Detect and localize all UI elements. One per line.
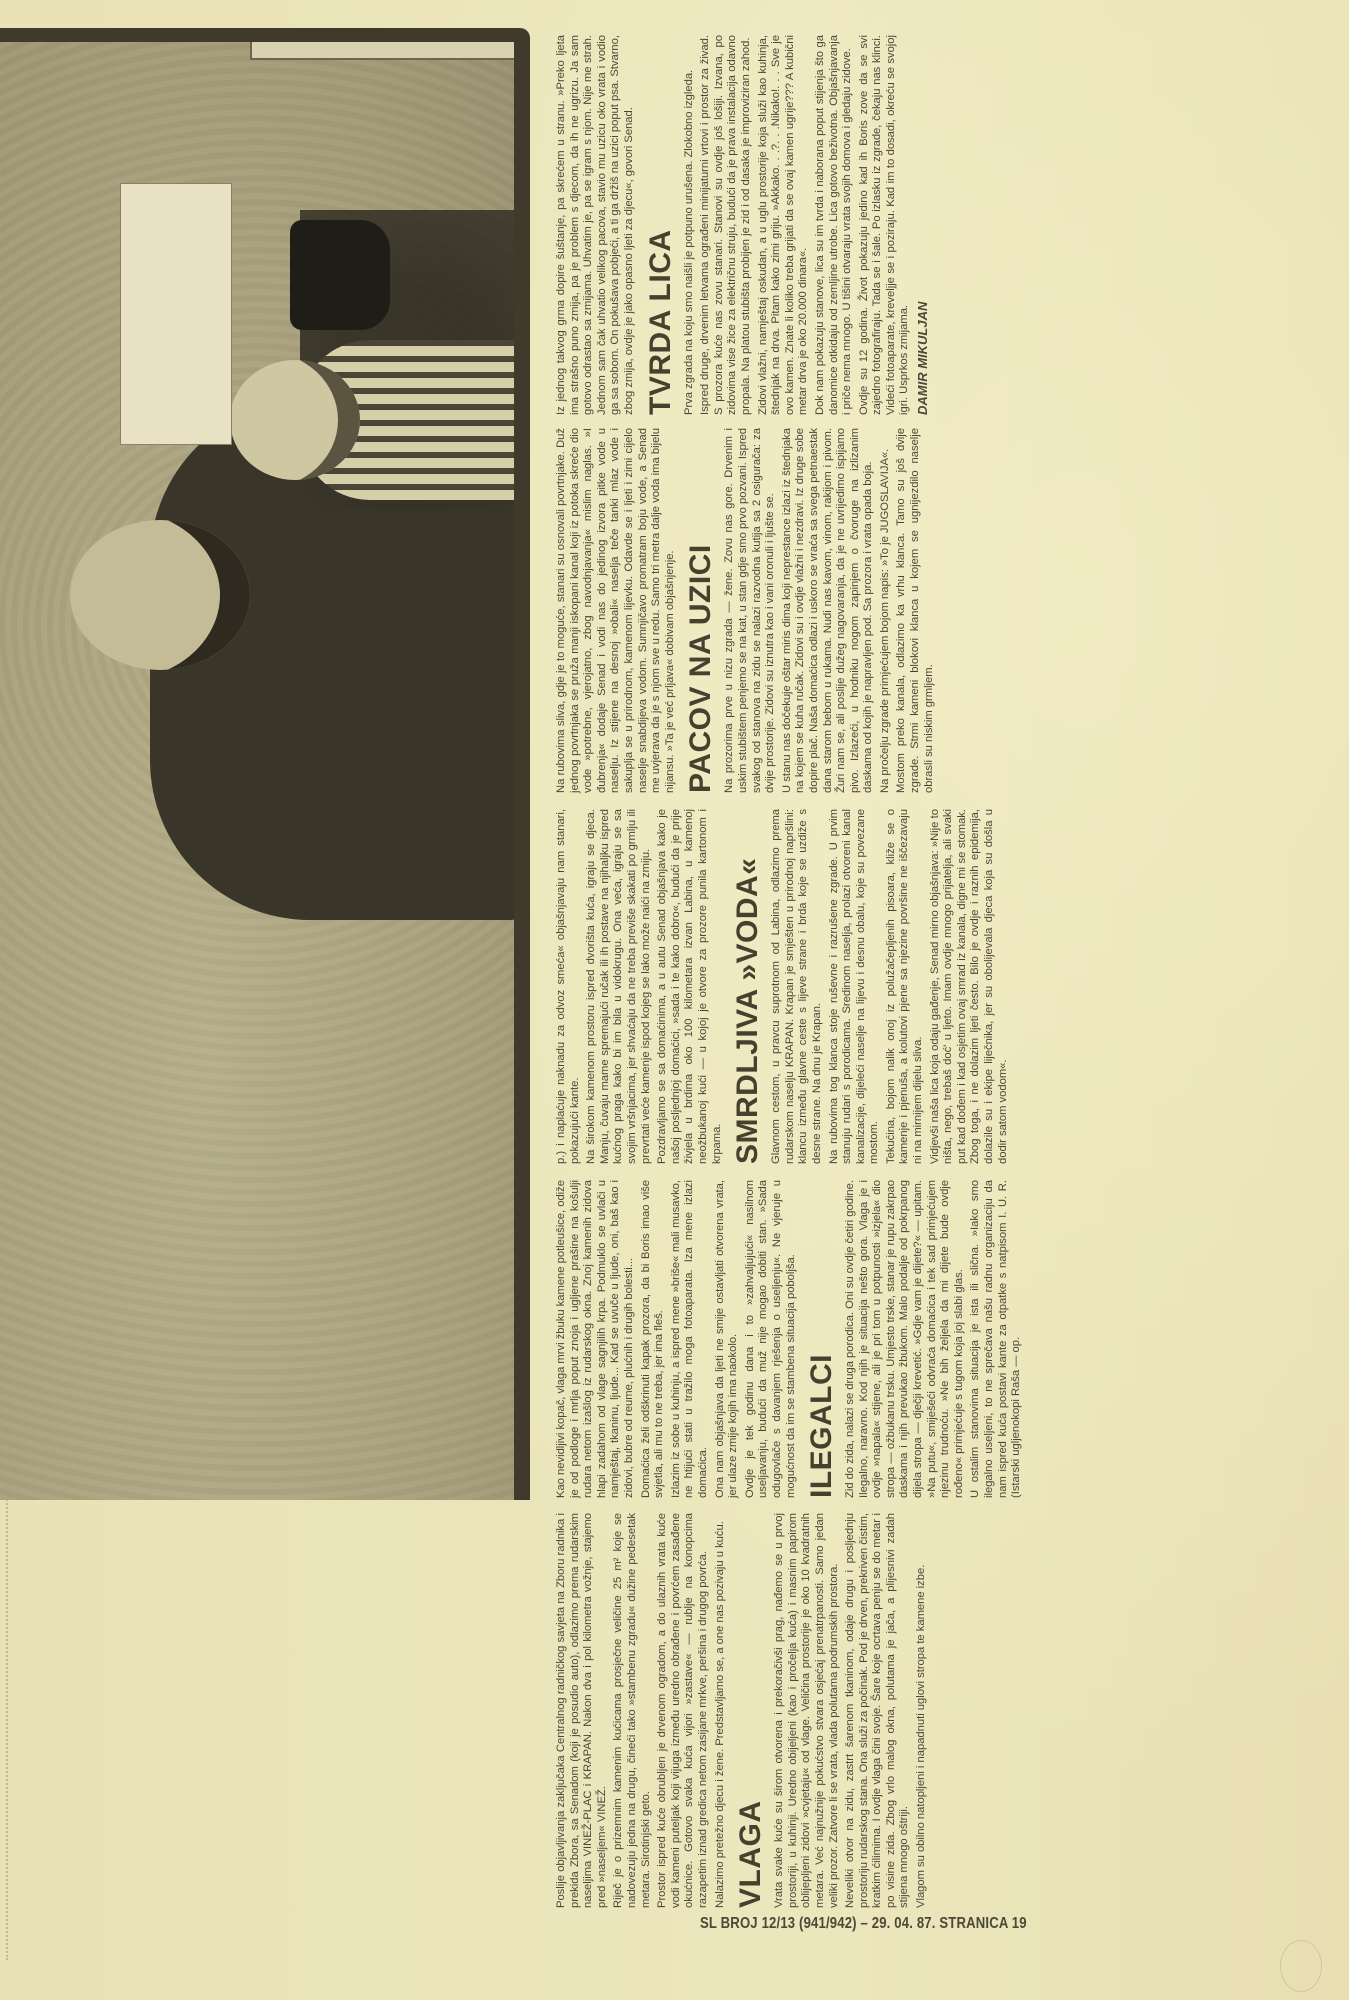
article-paragraph: Ispred druge, drvenim letvama ograđeni m… xyxy=(699,35,753,415)
photo-cooking-pot xyxy=(290,220,390,330)
article-paragraph: Kao nevidljivi kopač, vlaga mrvi žbuku k… xyxy=(555,1180,637,1498)
article-paragraph: Na prozorima prve u nizu zgrada — žene. … xyxy=(723,428,777,793)
article-paragraph: U stanu nas dočekuje oštar miris dima ko… xyxy=(781,428,876,793)
article-paragraph: Na rubovima sliva, gdje je to moguće, st… xyxy=(555,428,677,793)
article-paragraph: Na širokom kamenom prostoru ispred dvori… xyxy=(585,809,653,1164)
article-column-4: Na rubovima sliva, gdje je to moguće, st… xyxy=(555,428,1245,793)
section-heading: TVRDA LICA xyxy=(645,35,677,415)
article-paragraph: Mostom preko kanala, odlazimo ka vrhu kl… xyxy=(895,428,936,793)
photo-child-head xyxy=(230,360,360,480)
article-paragraph: Nalazimo pretežno djecu i žene. Predstav… xyxy=(714,1513,728,1908)
article-column-1: Poslije objavljivanja zaključaka Central… xyxy=(555,1513,1245,1908)
article-column-3: p.) i naplaćuje naknadu za odvoz smeća« … xyxy=(555,809,1245,1164)
article-paragraph: Vlagom su obilno natopljeni i napadnuti … xyxy=(915,1513,929,1908)
article-paragraph: Iz jednog takvog grma dopire šuštanje, p… xyxy=(555,35,637,415)
article-paragraph: Prostor ispred kuće obrubljen je drvenom… xyxy=(656,1513,710,1908)
page-footer: SL BROJ 12/13 (941/942) – 29. 04. 87. ST… xyxy=(700,1915,1192,1933)
article-paragraph: Prva zgrada na koju smo naišli je potpun… xyxy=(683,35,697,415)
article-column-2: Kao nevidljivi kopač, vlaga mrvi žbuku k… xyxy=(555,1180,1245,1498)
section-heading: PACOV NA UZICI xyxy=(685,428,717,793)
newspaper-page: Poslije objavljivanja zaključaka Central… xyxy=(0,0,1349,2000)
author-byline: DAMIR MIKULJAN xyxy=(916,35,930,415)
article-photo xyxy=(0,42,514,1500)
article-paragraph: Vidjevši naša lica koja odaju gađenje, S… xyxy=(929,809,1011,1164)
article-paragraph: Pozdravljamo se sa domaćinima, a u autu … xyxy=(656,809,724,1164)
article-column-5: Iz jednog takvog grma dopire šuštanje, p… xyxy=(555,35,1245,415)
article-paragraph: Zidovi vlažni, namještaj oskudan, a u ug… xyxy=(757,35,811,415)
article-paragraph: Domaćica želi odškrinuti kapak prozora, … xyxy=(640,1180,667,1498)
section-heading: SMRDLJIVA »VODA« xyxy=(732,809,764,1164)
article-paragraph: Zid do zida, nalazi se druga porodica. O… xyxy=(844,1180,966,1498)
article-paragraph: Riječ je o prizemnim kamenim kućicama pr… xyxy=(612,1513,653,1908)
article-paragraph: Dok nam pokazuju stanove, lica su im tvr… xyxy=(814,35,855,415)
article-paragraph: Tekućina, bojom nalik onoj iz polužačepl… xyxy=(885,809,926,1164)
photo-wall-shelf xyxy=(120,183,232,445)
article-paragraph: Izlazim iz sobe u kuhinju, a ispred mene… xyxy=(670,1180,711,1498)
article-paragraph: Poslije objavljivanja zaključaka Central… xyxy=(555,1513,609,1908)
article-paragraph: Na rubovima tog klanca stoje ruševne i r… xyxy=(828,809,882,1164)
section-heading: ILEGALCI xyxy=(806,1180,838,1498)
photo-gas-stove xyxy=(250,42,514,60)
section-heading: VLAGA xyxy=(735,1513,767,1908)
paper-stain xyxy=(1280,1940,1322,1992)
article-paragraph: Neveliki otvor na zidu, zastrt šarenom t… xyxy=(844,1513,912,1908)
article-paragraph: Na pročelju zgrade primjećujem bojom nap… xyxy=(879,428,893,793)
article-paragraph: Ovdje su 12 godina. Život pokazuju jedin… xyxy=(858,35,912,415)
photo-young-man-head xyxy=(70,520,250,670)
article-paragraph: Glavnom cestom, u pravcu suprotnom od La… xyxy=(770,809,824,1164)
rotated-page-content: Poslije objavljivanja zaključaka Central… xyxy=(0,0,1349,2000)
article-paragraph: Ovdje je tek godinu dana i to »zahvaljuj… xyxy=(744,1180,798,1498)
article-paragraph: Ona nam objašnjava da ljeti ne smije ost… xyxy=(714,1180,741,1498)
article-paragraph: U ostalim stanovima situacija je ista il… xyxy=(969,1180,1023,1498)
article-photo-frame xyxy=(0,28,530,1500)
article-paragraph: p.) i naplaćuje naknadu za odvoz smeća« … xyxy=(555,809,582,1164)
article-paragraph: Vrata svake kuće su širom otvorena i pre… xyxy=(773,1513,841,1908)
